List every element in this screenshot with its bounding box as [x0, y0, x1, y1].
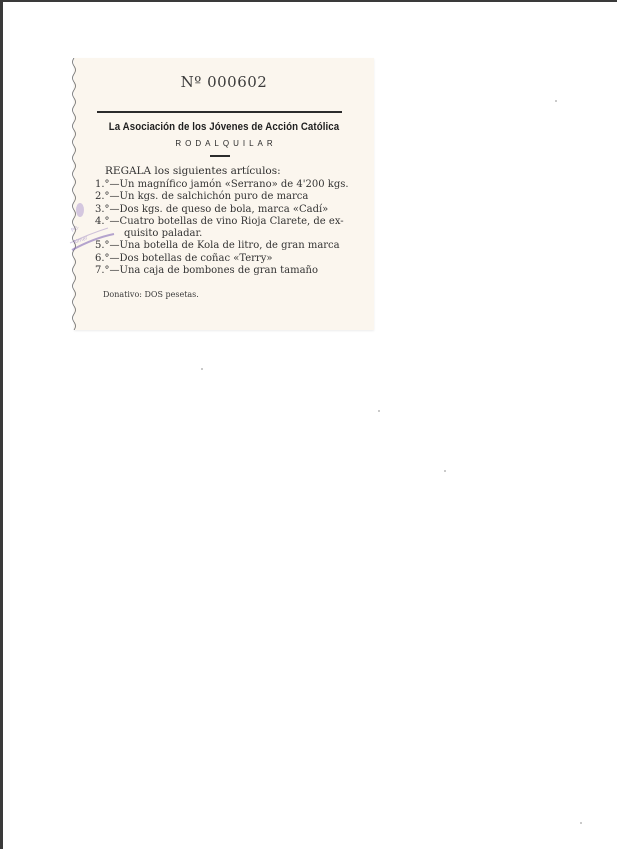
prize-item: 1.°—Un magnífico jamón «Serrano» de 4'20… [95, 179, 349, 191]
prize-item: 6.°—Dos botellas de coñac «Terry» [95, 253, 349, 265]
paper-speck [580, 822, 582, 824]
association-title: La Asociación de los Jóvenes de Acción C… [92, 121, 356, 133]
prize-list: 1.°—Un magnífico jamón «Serrano» de 4'20… [95, 179, 349, 277]
paper-speck [201, 368, 203, 370]
perforated-edge [70, 58, 78, 330]
paper-speck [378, 410, 380, 412]
raffle-ticket: PO· Almer Nº 000602 La Asociación de los… [74, 58, 374, 330]
donation-note: Donativo: DOS pesetas. [103, 290, 199, 299]
prize-item: 7.°—Una caja de bombones de gran tamaño [95, 265, 349, 277]
prize-item: 5.°—Una botella de Kola de litro, de gra… [95, 240, 349, 252]
short-divider [210, 155, 230, 157]
prize-item: 4.°—Cuatro botellas de vino Rioja Claret… [95, 216, 349, 228]
paper-speck [555, 100, 557, 102]
intro-text: REGALA los siguientes artículos: [105, 165, 281, 177]
prize-item-continuation: quisito paladar. [95, 228, 349, 240]
prize-item: 2.°—Un kgs. de salchichón puro de marca [95, 191, 349, 203]
ticket-number: Nº 000602 [74, 73, 374, 91]
divider-rule [97, 111, 342, 113]
prize-item: 3.°—Dos kgs. de queso de bola, marca «Ca… [95, 204, 349, 216]
town-name: RODALQUILAR [74, 139, 374, 148]
paper-speck [444, 470, 446, 472]
